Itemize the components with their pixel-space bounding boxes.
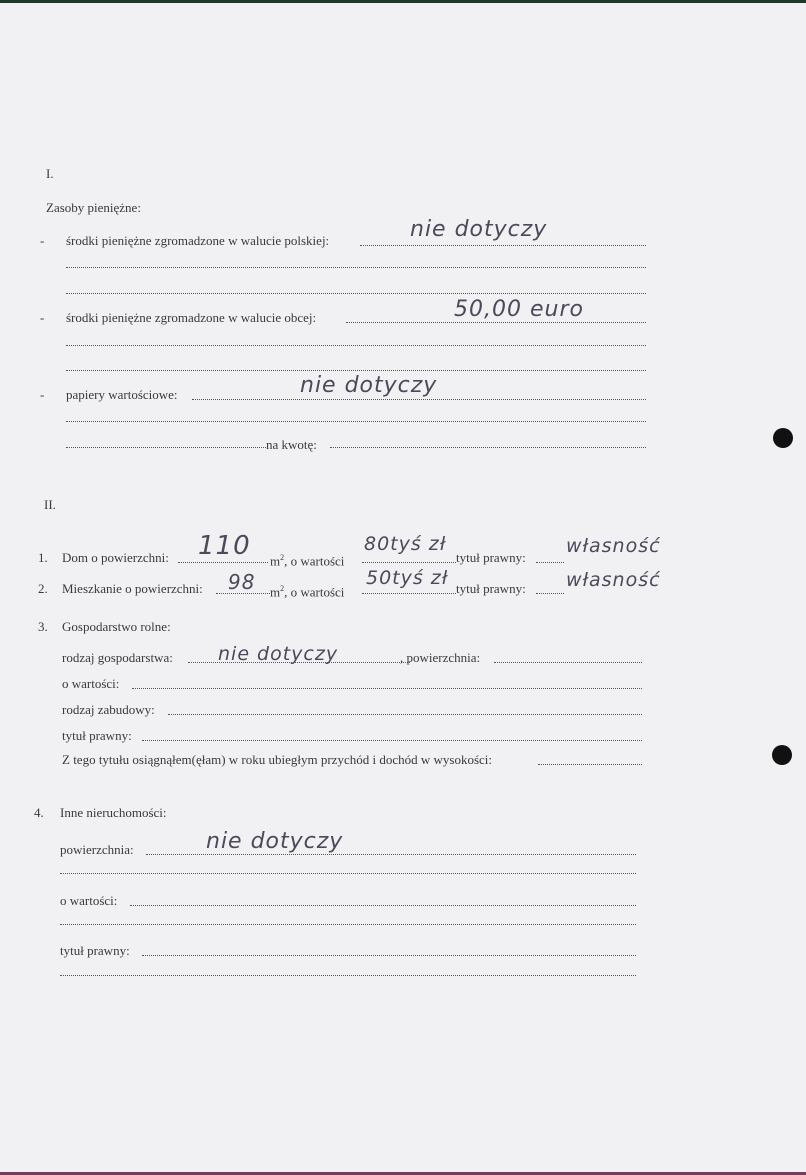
house-title-label: tytuł prawny:: [456, 550, 526, 566]
farm-area-field[interactable]: [494, 662, 642, 663]
bullet: -: [40, 233, 44, 249]
other-value-field[interactable]: [130, 905, 636, 906]
house-value[interactable]: 80tyś zł: [364, 532, 446, 556]
flat-title-value[interactable]: własność: [566, 568, 661, 592]
flat-area-label: Mieszkanie o powierzchni:: [62, 581, 203, 597]
fill-line: [66, 421, 646, 422]
fill-line: [66, 293, 646, 294]
other-title-label: tytuł prawny:: [60, 943, 130, 959]
cash-foreign-value[interactable]: 50,00 euro: [454, 298, 584, 322]
house-title-value[interactable]: własność: [566, 534, 661, 558]
securities-value[interactable]: nie dotyczy: [300, 374, 437, 398]
farm-title-field[interactable]: [142, 740, 642, 741]
unit: m: [270, 553, 280, 568]
farm-heading: Gospodarstwo rolne:: [62, 619, 171, 635]
other-area-value[interactable]: nie dotyczy: [206, 830, 343, 854]
cash-pln-value[interactable]: nie dotyczy: [410, 218, 547, 242]
fill-line: [178, 562, 268, 563]
fill-line: [362, 593, 456, 594]
other-title-field[interactable]: [142, 955, 636, 956]
farm-area-label: , powierzchnia:: [400, 650, 480, 666]
fill-line: [66, 370, 646, 371]
punch-hole: [772, 745, 792, 765]
farm-building-field[interactable]: [168, 714, 642, 715]
amount-label: na kwotę:: [266, 437, 317, 453]
bullet: -: [40, 310, 44, 326]
other-value-label: o wartości:: [60, 893, 117, 909]
fill-line: [66, 267, 646, 268]
bullet: -: [40, 387, 44, 403]
fill-line: [60, 924, 636, 925]
flat-area-value[interactable]: 98: [228, 570, 255, 594]
cash-foreign-label: środki pieniężne zgromadzone w walucie o…: [66, 310, 316, 326]
farm-type-value[interactable]: nie dotyczy: [218, 642, 338, 666]
unit: m: [270, 584, 280, 599]
fill-line: [536, 562, 564, 563]
house-area-label: Dom o powierzchni:: [62, 550, 169, 566]
fill-line: [536, 593, 564, 594]
farm-value-label: o wartości:: [62, 676, 119, 692]
item-number: 1.: [38, 550, 48, 566]
section-1-heading: I.: [46, 166, 54, 182]
amount-field[interactable]: [330, 447, 646, 448]
securities-label: papiery wartościowe:: [66, 387, 178, 403]
farm-building-label: rodzaj zabudowy:: [62, 702, 155, 718]
fill-line: [60, 975, 636, 976]
fill-line: [66, 345, 646, 346]
house-value-label: , o wartości: [284, 553, 344, 568]
farm-title-label: tytuł prawny:: [62, 728, 132, 744]
punch-hole: [773, 428, 793, 448]
scan-top-edge: [0, 0, 806, 3]
house-unit: m2, o wartości: [270, 550, 344, 569]
fill-line: [346, 322, 646, 323]
fill-line: [60, 873, 636, 874]
farm-type-label: rodzaj gospodarstwa:: [62, 650, 173, 666]
flat-title-label: tytuł prawny:: [456, 581, 526, 597]
farm-income-field[interactable]: [538, 764, 642, 765]
house-area-value[interactable]: 110: [198, 534, 251, 558]
flat-value-label: , o wartości: [284, 584, 344, 599]
fill-line: [360, 245, 646, 246]
fill-line: [192, 399, 646, 400]
farm-income-label: Z tego tytułu osiągnąłem(ęłam) w roku ub…: [62, 752, 492, 768]
fill-line: [362, 562, 456, 563]
other-heading: Inne nieruchomości:: [60, 805, 167, 821]
section-2-heading: II.: [44, 497, 56, 513]
other-area-label: powierzchnia:: [60, 842, 134, 858]
cash-pln-label: środki pieniężne zgromadzone w walucie p…: [66, 233, 329, 249]
section-1-title: Zasoby pieniężne:: [46, 200, 141, 216]
fill-line: [146, 854, 636, 855]
fill-line: [66, 447, 266, 448]
item-number: 4.: [34, 805, 44, 821]
farm-value-field[interactable]: [132, 688, 642, 689]
item-number: 3.: [38, 619, 48, 635]
flat-value[interactable]: 50tyś zł: [366, 566, 448, 590]
item-number: 2.: [38, 581, 48, 597]
flat-unit: m2, o wartości: [270, 581, 344, 600]
